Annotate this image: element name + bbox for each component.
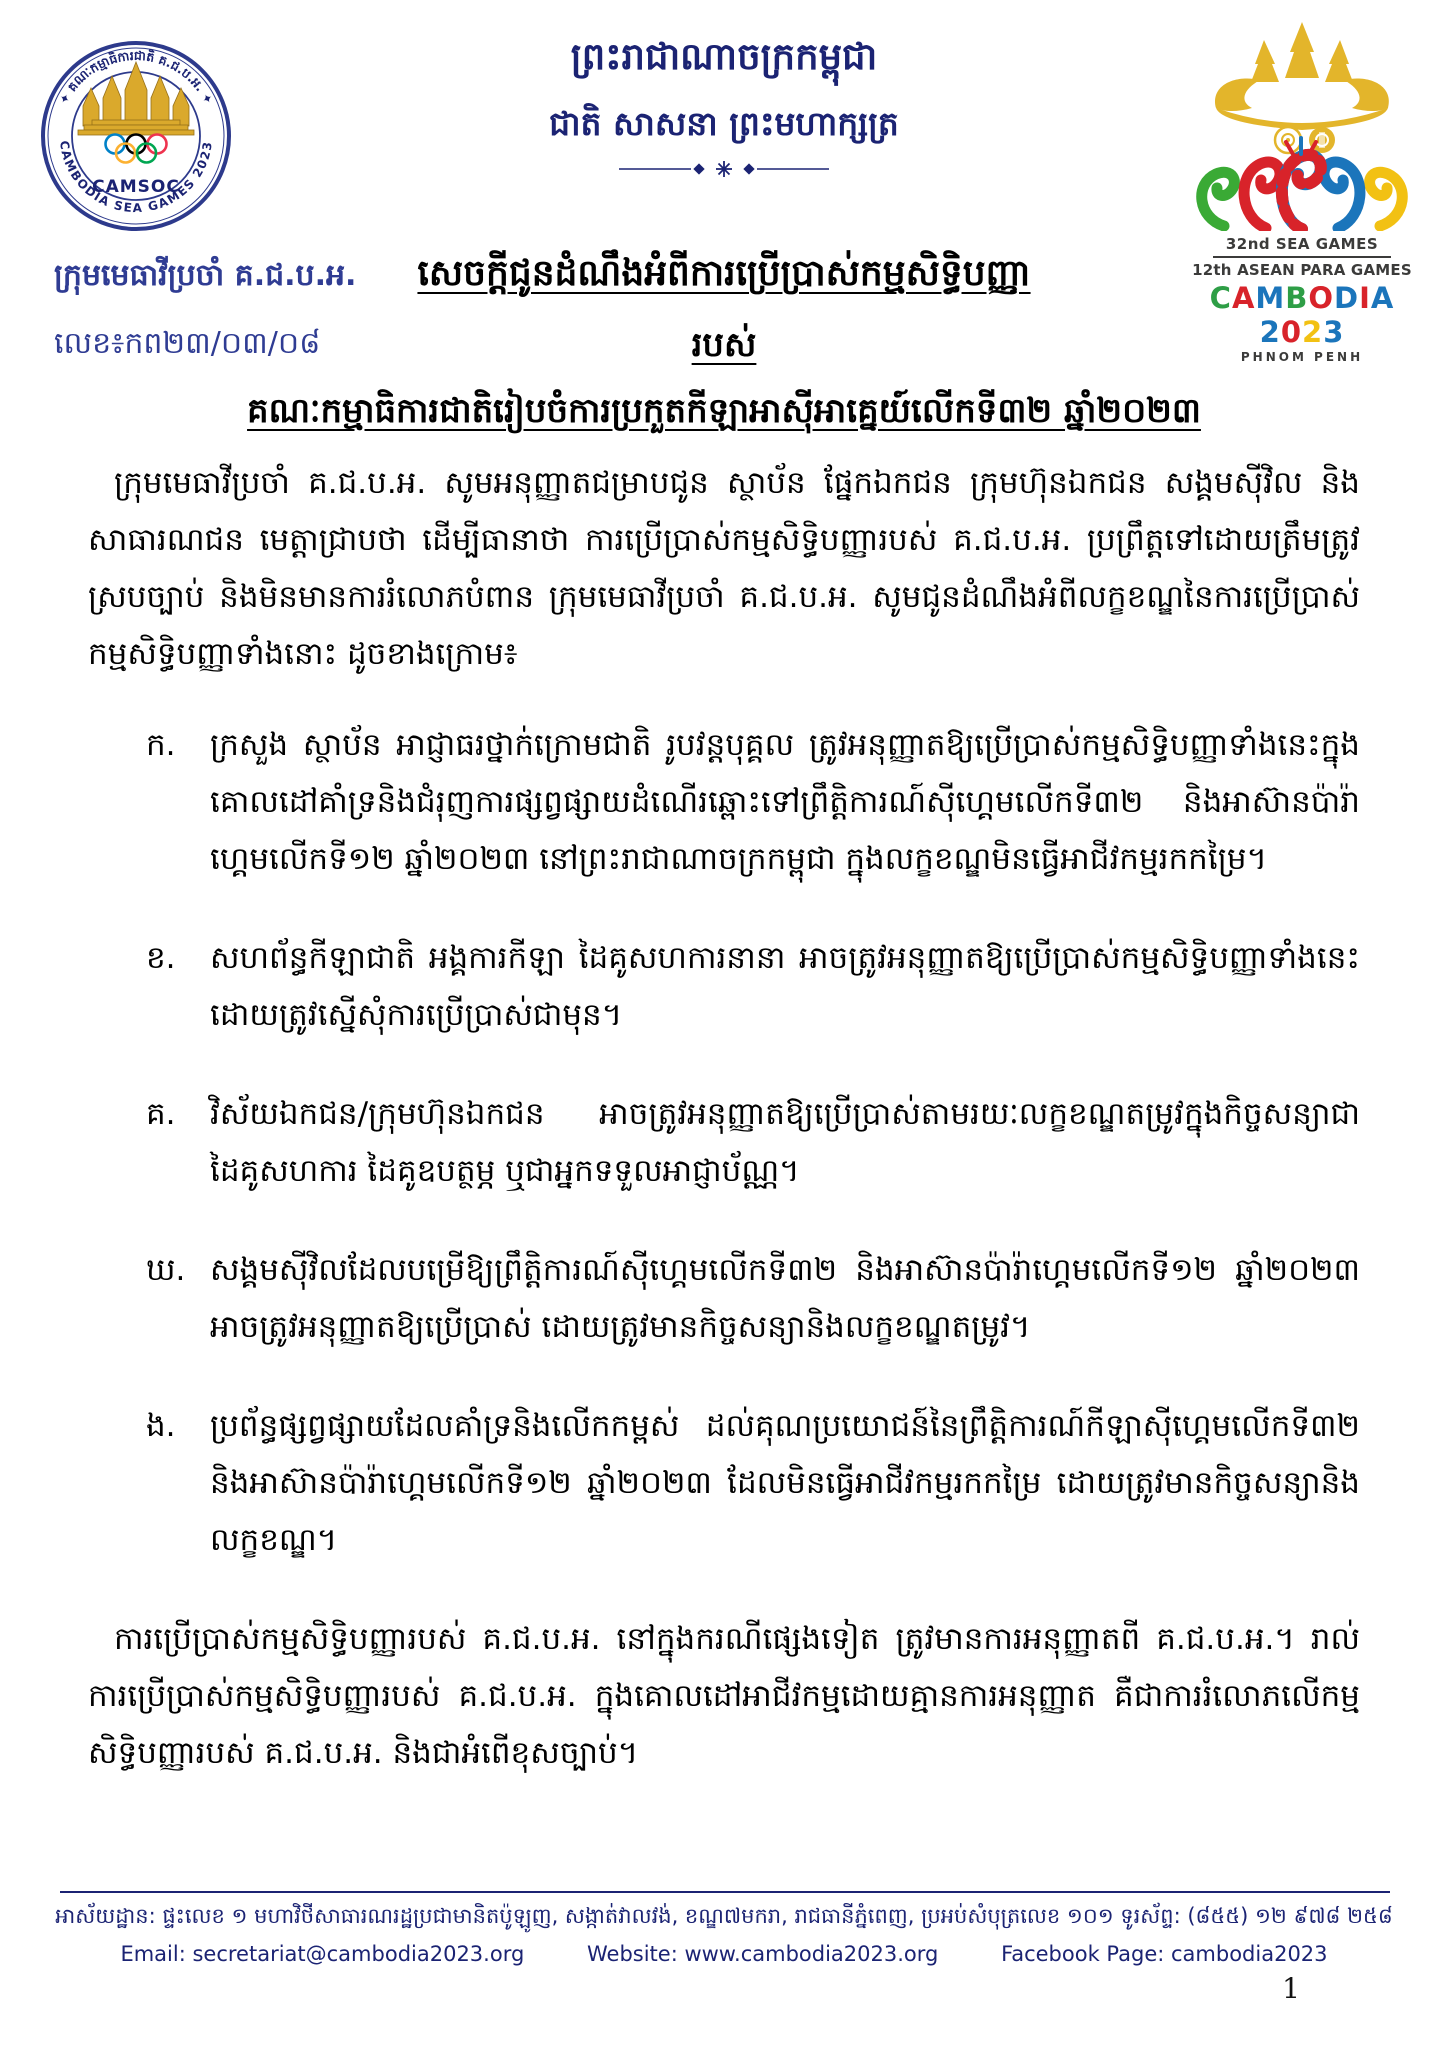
list-item-label: គ. [146, 1086, 176, 1143]
royal-emblems-icon [1275, 127, 1335, 153]
list-item-text: ក្រសួង ស្ថាប័ន អាជ្ញាធរថ្នាក់ក្រោមជាតិ រ… [210, 727, 1360, 877]
divider-ornament-icon [619, 160, 829, 178]
closing-paragraph: ការប្រើប្រាស់កម្មសិទ្ធិបញ្ញារបស់ គ.ជ.ប.អ… [88, 1611, 1360, 1782]
footer-email: Email: secretariat@cambodia2023.org [120, 1942, 524, 1966]
list-item-label: ឃ. [146, 1242, 185, 1299]
list-item: ខ. សហព័ន្ធកីឡាជាតិ អង្គការកីឡា ដៃគូសហការ… [88, 930, 1360, 1044]
list-item-label: ខ. [146, 930, 176, 987]
title-line2: របស់ [0, 323, 1448, 373]
list-item: គ. វិស័យឯកជន/ក្រុមហ៊ុនឯកជន អាចត្រូវអនុញ្… [88, 1086, 1360, 1200]
footer-divider [60, 1891, 1390, 1893]
footer-contacts: Email: secretariat@cambodia2023.org Webs… [0, 1942, 1448, 1966]
list-item-text: វិស័យឯកជន/ក្រុមហ៊ុនឯកជន អាចត្រូវអនុញ្ញាត… [210, 1096, 1360, 1189]
footer-website: Website: www.cambodia2023.org [587, 1942, 938, 1966]
sea-games-crown-naga-icon [1182, 16, 1422, 231]
footer-facebook: Facebook Page: cambodia2023 [1001, 1942, 1327, 1966]
list-item-text: ប្រព័ន្ធផ្សព្វផ្សាយដែលគាំទ្រនិងលើកកម្ពស់… [210, 1408, 1360, 1558]
page-number: 1 [1282, 1972, 1300, 2005]
list-item: ង. ប្រព័ន្ធផ្សព្វផ្សាយដែលគាំទ្រនិងលើកកម្… [88, 1398, 1360, 1569]
document-title: សេចក្តីជូនដំណឹងអំពីការប្រើប្រាស់កម្មសិទ្… [0, 250, 1448, 439]
list-item-label: ង. [146, 1398, 176, 1455]
document-page: CAMSOC ✦ គណៈកម្មាធិការជាតិ គ.ជ.ប.អ. ✦ CA… [0, 0, 1448, 2048]
title-line1: សេចក្តីជូនដំណឹងអំពីការប្រើប្រាស់កម្មសិទ្… [0, 250, 1448, 303]
list-item: ឃ. សង្គមស៊ីវិលដែលបម្រើឱ្យព្រឹត្តិការណ៍ស៊… [88, 1242, 1360, 1356]
document-body: ក្រុមមេធាវីប្រចាំ គ.ជ.ប.អ. សូមអនុញ្ញាតជម… [88, 455, 1360, 1782]
intro-paragraph: ក្រុមមេធាវីប្រចាំ គ.ជ.ប.អ. សូមអនុញ្ញាតជម… [88, 455, 1360, 683]
list-item-text: សង្គមស៊ីវិលដែលបម្រើឱ្យព្រឹត្តិការណ៍ស៊ីហ្… [210, 1252, 1360, 1345]
list-item-text: សហព័ន្ធកីឡាជាតិ អង្គការកីឡា ដៃគូសហការនាន… [210, 940, 1360, 1033]
conditions-list: ក. ក្រសួង ស្ថាប័ន អាជ្ញាធរថ្នាក់ក្រោមជាត… [88, 717, 1360, 1569]
list-item: ក. ក្រសួង ស្ថាប័ន អាជ្ញាធរថ្នាក់ក្រោមជាត… [88, 717, 1360, 888]
title-line3: គណៈកម្មាធិការជាតិរៀបចំការប្រកួតកីឡាអាស៊ី… [0, 389, 1448, 439]
footer-address: អាស័យដ្ឋាន: ផ្ទះលេខ ១ មហាវិថីសាធារណរដ្ឋប… [0, 1903, 1448, 1934]
naga-waves-icon [1202, 138, 1403, 229]
list-item-label: ក. [146, 717, 176, 774]
gold-crown-icon [1215, 22, 1389, 130]
